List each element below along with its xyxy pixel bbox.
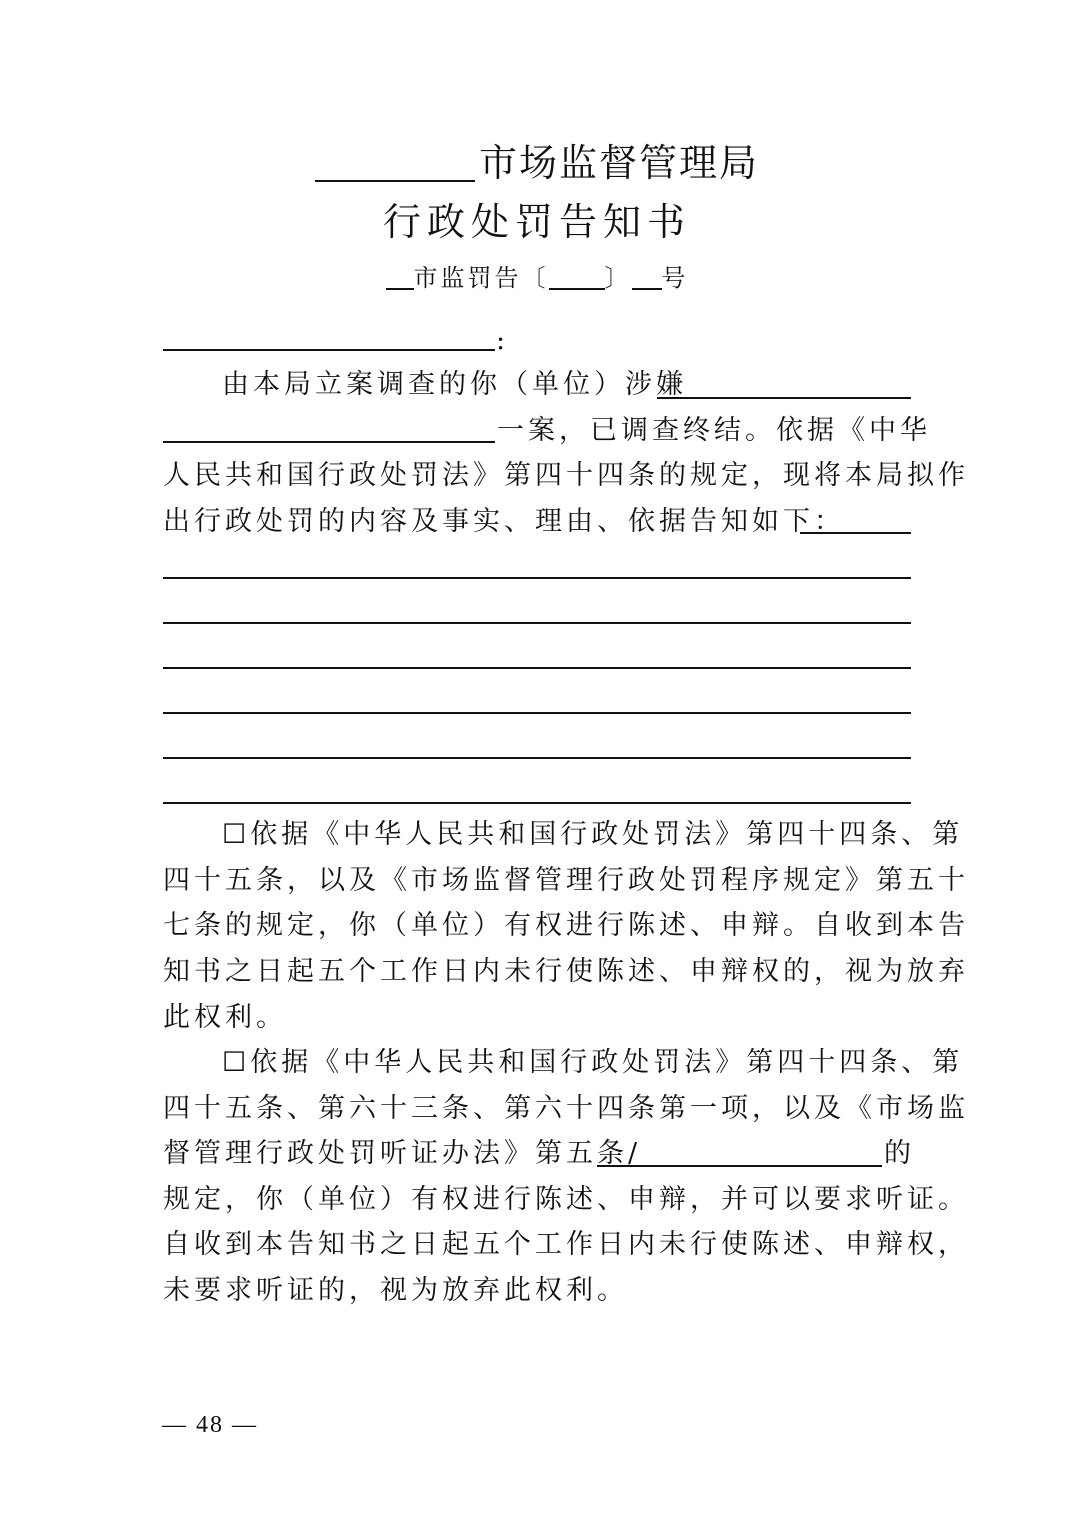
- agency-title: 市场监督管理局: [0, 138, 1074, 188]
- para1-line4: 出行政处罚的内容及事实、理由、依据告知如下：: [163, 499, 845, 545]
- document-title: 行政处罚告知书: [0, 196, 1074, 248]
- option1-line1: ☐依据《中华人民共和国行政处罚法》第四十四条、第: [222, 812, 963, 858]
- page-number: — 48 —: [162, 1410, 258, 1440]
- agency-suffix: 市场监督管理局: [479, 141, 759, 185]
- hearing-basis-blank[interactable]: [597, 1165, 882, 1167]
- facts-blank-6[interactable]: [163, 802, 911, 804]
- option1-checkbox[interactable]: ☐: [222, 819, 250, 850]
- suspected-violation-blank-1[interactable]: [657, 397, 911, 399]
- option2-line6: 未要求听证的，视为放弃此权利。: [163, 1268, 628, 1314]
- option2-line5: 自收到本告知书之日起五个工作日内未行使陈述、申辩权，: [163, 1222, 969, 1268]
- option2-line1: ☐依据《中华人民共和国行政处罚法》第四十四条、第: [222, 1040, 963, 1086]
- option2-line3-post: 的: [884, 1131, 915, 1177]
- facts-blank-0[interactable]: [800, 532, 911, 534]
- para1-line1: 由本局立案调查的你（单位）涉嫌: [222, 362, 687, 408]
- doc-number-year-blank[interactable]: [549, 264, 605, 290]
- option2-line2: 四十五条、第六十三条、第六十四条第一项，以及《市场监: [163, 1086, 969, 1132]
- facts-blank-3[interactable]: [163, 667, 911, 669]
- suspected-violation-blank-2[interactable]: [163, 441, 495, 443]
- option1-line5: 此权利。: [163, 995, 287, 1041]
- facts-blank-5[interactable]: [163, 757, 911, 759]
- facts-blank-4[interactable]: [163, 712, 911, 714]
- doc-number-city-blank[interactable]: [386, 264, 414, 290]
- para1-line3: 人民共和国行政处罚法》第四十四条的规定，现将本局拟作: [163, 453, 969, 499]
- option1-line4: 知书之日起五个工作日内未行使陈述、申辩权的，视为放弃: [163, 949, 969, 995]
- para1-line2: 一案，已调查终结。依据《中华: [497, 408, 931, 454]
- doc-number-suffix: 号: [662, 264, 689, 292]
- option2-checkbox[interactable]: ☐: [222, 1047, 250, 1078]
- addressee-colon: :: [496, 318, 509, 364]
- facts-blank-2[interactable]: [163, 622, 911, 624]
- option2-line4: 规定，你（单位）有权进行陈述、申辩，并可以要求听证。: [163, 1177, 969, 1223]
- facts-blank-1[interactable]: [163, 577, 911, 579]
- doc-number-bracket: 〕: [605, 264, 632, 292]
- doc-number-prefix: 市监罚告〔: [414, 264, 549, 292]
- addressee-blank[interactable]: [163, 349, 495, 351]
- document-number: 市监罚告〔〕号: [0, 258, 1074, 298]
- option2-line3-pre: 督管理行政处罚听证办法》第五条/: [163, 1131, 641, 1177]
- doc-number-seq-blank[interactable]: [632, 264, 662, 290]
- option1-line3: 七条的规定，你（单位）有权进行陈述、申辩。自收到本告: [163, 903, 969, 949]
- agency-name-blank[interactable]: [315, 140, 475, 182]
- option1-line2: 四十五条，以及《市场监督管理行政处罚程序规定》第五十: [163, 858, 969, 904]
